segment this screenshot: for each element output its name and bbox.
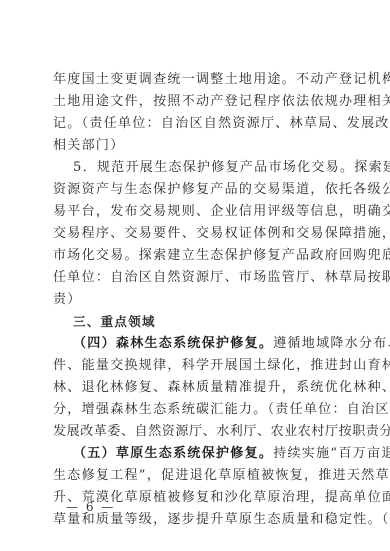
item-5-title-line: 5．规范开展生态保护修复产品市场化交易。探索建立自然	[53, 157, 345, 179]
text-line: 林、退化林修复、森林质量精准提升，系统优化林种、林相、林	[53, 377, 345, 399]
section-5-line: （五）草原生态系统保护修复。持续实施“百万亩退化草原	[53, 443, 345, 465]
text-line: 发展改革委、自然资源厅、水利厅、农业农村厅按职责分工负责）	[53, 421, 345, 443]
section-5-title: （五）草原生态系统保护修复。	[73, 446, 273, 461]
text-line: 责）	[53, 289, 345, 311]
text-line: 易平台，发布交易规则、企业信用评级等信息，明确交易标的、	[53, 201, 345, 223]
text-line: 年度国土变更调查统一调整土地用途。不动产登记机构依据调整	[53, 69, 345, 91]
text-line: 相关部门）	[53, 135, 345, 157]
body-text: 年度国土变更调查统一调整土地用途。不动产登记机构依据调整 土地用途文件，按照不动…	[53, 69, 345, 531]
text-line: 资源资产与生态保护修复产品的交易渠道，依托各级公共资源交	[53, 179, 345, 201]
section-heading: 三、重点领域	[53, 311, 345, 333]
text-line: 任单位：自治区自然资源厅、市场监管厅、林草局按职责分工负	[53, 267, 345, 289]
document-page: 年度国土变更调查统一调整土地用途。不动产登记机构依据调整 土地用途文件，按照不动…	[0, 0, 390, 551]
text-fragment: 持续实施“百万亩退化草原	[273, 446, 390, 461]
text-fragment: 遵循地域降水分布、立地条	[273, 336, 390, 351]
text-line: 生态修复工程”，促进退化草原植被恢复，推进天然草原质量提	[53, 465, 345, 487]
text-line: 记。（责任单位：自治区自然资源厅、林草局、发展改革委会同	[53, 113, 345, 135]
section-4-line: （四）森林生态系统保护修复。遵循地域降水分布、立地条	[53, 333, 345, 355]
text-line: 市场化交易。探索建立生态保护修复产品政府回购兜底机制。（责	[53, 245, 345, 267]
text-line: 土地用途文件，按照不动产登记程序依法依规办理相关不动产登	[53, 91, 345, 113]
text-line: 交易程序、交易要件、交易权证体例和交易保障措施，规范开展	[53, 223, 345, 245]
section-4-title: （四）森林生态系统保护修复。	[73, 336, 273, 351]
text-line: 件、能量交换规律，科学开展国土绿化，推进封山育林、人工造	[53, 355, 345, 377]
page-number: — 6 —	[66, 498, 115, 516]
text-line: 分，增强森林生态系统碳汇能力。（责任单位：自治区林草局、	[53, 399, 345, 421]
